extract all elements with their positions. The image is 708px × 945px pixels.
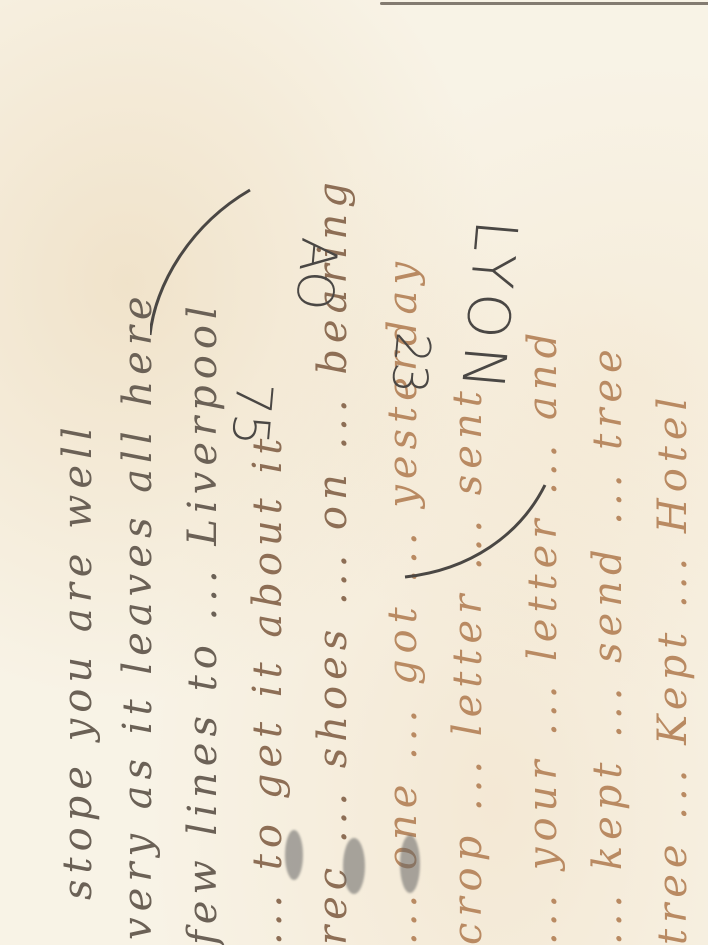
handwriting-line-5: rec ... shoes ... on ... bearing <box>310 176 356 945</box>
handwriting-line-8: ... your ... letter ... and <box>520 327 566 945</box>
handwriting-line-1: stope you are well <box>55 421 101 900</box>
handwriting-line-4: ... to get it about it <box>245 433 291 945</box>
postmark-city: LYON <box>447 217 530 400</box>
handwriting-line-9: ... kept ... send ... tree <box>585 343 631 945</box>
letter-page: stope you are well very as it leaves all… <box>0 0 708 945</box>
handwriting-line-2: very as it leaves all here <box>115 290 161 940</box>
ink-smudge <box>285 830 303 880</box>
top-edge-rule <box>380 2 708 5</box>
ink-smudge <box>400 835 420 893</box>
handwriting-line-7: crop ... letter ... sent <box>445 385 491 945</box>
handwriting-line-3: few lines to ... Liverpool <box>180 300 226 945</box>
handwriting-line-10: tree ... Kept ... Hotel <box>650 392 696 945</box>
ink-smudge <box>343 838 365 894</box>
